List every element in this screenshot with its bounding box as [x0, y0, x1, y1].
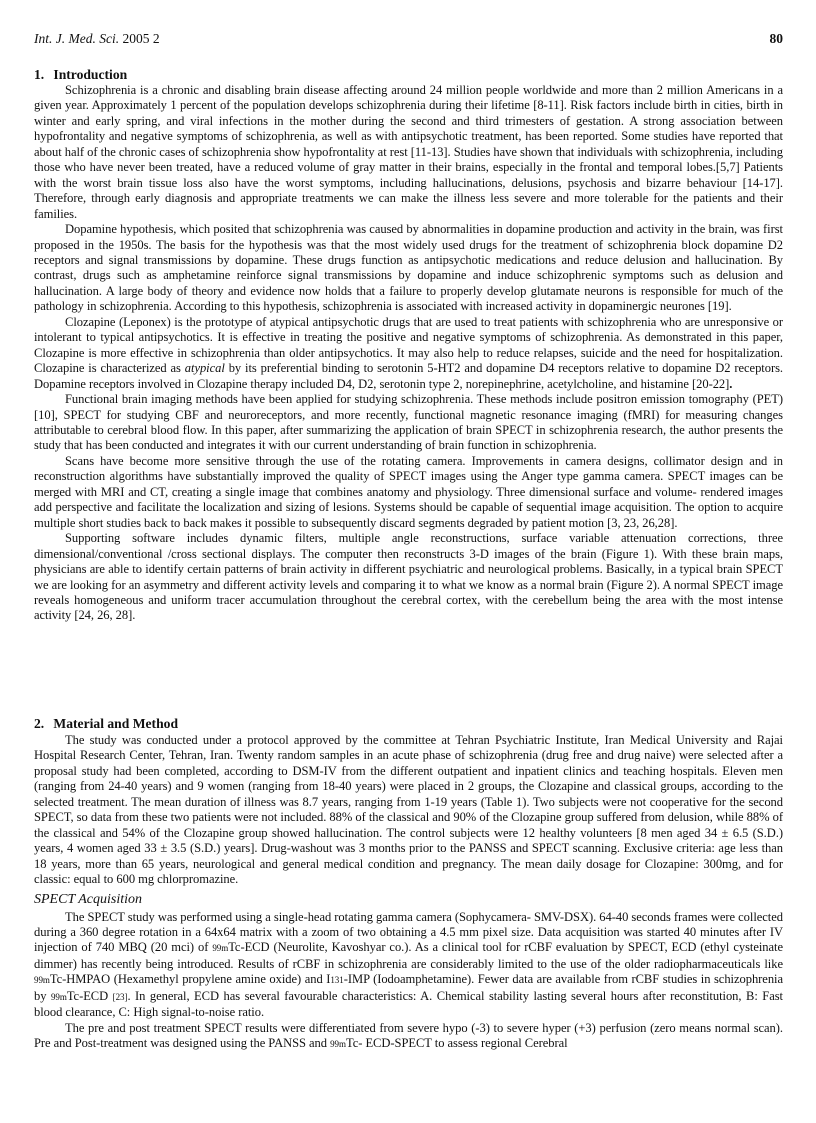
paragraph: Supporting software includes dynamic fil…	[34, 531, 783, 624]
section-number: 1.	[34, 66, 50, 83]
paragraph: Dopamine hypothesis, which posited that …	[34, 222, 783, 315]
text-run: . In general, ECD has several favourable…	[34, 989, 783, 1019]
isotope-mass-number: 99m	[330, 1039, 346, 1049]
section-heading-material-and-method: 2. Material and Method	[34, 715, 178, 732]
isotope-mass-number: 131	[330, 975, 343, 985]
citation-ref: [23]	[113, 992, 128, 1002]
emphasis: atypical	[185, 361, 225, 375]
paragraph: The pre and post treatment SPECT results…	[34, 1021, 783, 1053]
section-title: Material and Method	[53, 716, 178, 731]
isotope-mass-number: 99m	[51, 992, 67, 1002]
paragraph: Functional brain imaging methods have be…	[34, 392, 783, 454]
subsection-heading-spect-acquisition: SPECT Acquisition	[34, 891, 783, 908]
paragraph: The SPECT study was performed using a si…	[34, 910, 783, 1021]
text-run: Tc-HMPAO (Hexamethyl propylene amine oxi…	[50, 972, 330, 986]
text-run: Tc-ECD	[67, 989, 113, 1003]
introduction-section: Schizophrenia is a chronic and disabling…	[34, 83, 783, 624]
paragraph: Scans have become more sensitive through…	[34, 454, 783, 531]
section-number: 2.	[34, 715, 50, 732]
paragraph: Schizophrenia is a chronic and disabling…	[34, 83, 783, 222]
isotope-mass-number: 99m	[212, 943, 228, 953]
isotope-mass-number: 99m	[34, 975, 50, 985]
journal-name: Int. J. Med. Sci.	[34, 31, 119, 46]
page-number: 80	[770, 31, 784, 47]
text-run: Tc- ECD-SPECT to assess regional Cerebra…	[346, 1036, 568, 1050]
material-and-method-section: The study was conducted under a protocol…	[34, 733, 783, 1053]
paragraph: Clozapine (Leponex) is the prototype of …	[34, 315, 783, 392]
journal-year-volume: 2005 2	[122, 31, 159, 46]
section-title: Introduction	[53, 67, 127, 82]
paragraph: The study was conducted under a protocol…	[34, 733, 783, 888]
running-header: Int. J. Med. Sci. 2005 2 80	[34, 31, 783, 49]
journal-citation: Int. J. Med. Sci. 2005 2	[34, 31, 160, 47]
section-heading-introduction: 1. Introduction	[34, 66, 127, 83]
text-run: .	[729, 377, 732, 391]
